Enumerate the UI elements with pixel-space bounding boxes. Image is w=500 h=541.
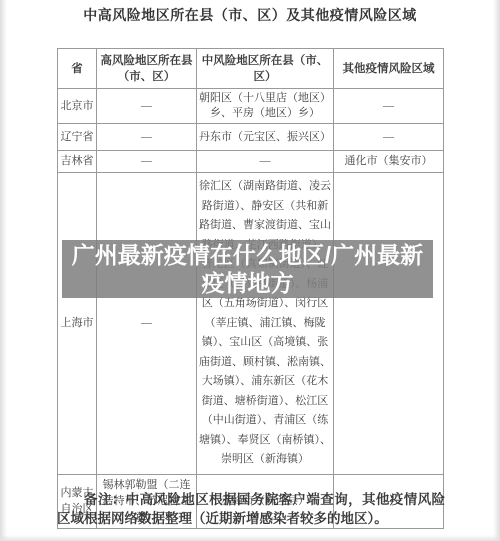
province-cell: 北京市 [58,89,97,124]
document-title: 中高风险地区所在县（市、区）及其他疫情风险区域 [0,5,500,25]
other-risk-cell [334,173,444,475]
province-cell: 吉林省 [58,151,97,173]
other-risk-cell: — [334,124,444,151]
table-row-jilin: 吉林省 — — 通化市（集安市） [58,151,444,173]
page-edge-shadow-right [493,0,500,541]
page-edge-shadow-bottom [0,535,500,541]
high-risk-cell: — [97,89,197,124]
footnote: 备注：中高风险地区根据国务院客户端查询，其他疫情风险区域根据网络数据整理（近期新… [57,491,445,528]
medium-risk-cell: — [197,151,334,173]
table-row-liaoning: 辽宁省 — 丹东市（元宝区、振兴区） — [58,124,444,151]
caption-line-2: 疫情地方 [202,269,294,297]
medium-risk-cell: 丹东市（元宝区、振兴区） [197,124,334,151]
caption-line-1: 广州最新疫情在什么地区/广州最新 [72,241,423,269]
header-province: 省 [58,49,97,89]
medium-risk-cell: 朝阳区（十八里店（地区）乡、平房（地区）乡） [197,89,334,124]
high-risk-cell: — [97,151,197,173]
table-row-shanghai: 上海市 — 徐汇区（湖南路街道、凌云路街道）、静安区（共和新路街道、曹家渡街道、… [58,173,444,475]
table-row-beijing: 北京市 — 朝阳区（十八里店（地区）乡、平房（地区）乡） — [58,89,444,124]
other-risk-cell: 通化市（集安市） [334,151,444,173]
province-cell: 上海市 [58,173,97,475]
high-risk-cell: — [97,124,197,151]
province-cell: 辽宁省 [58,124,97,151]
table-header-row: 省 高风险地区所在县（市、区） 中风险地区所在县（市、区） 其他疫情风险区域 [58,49,444,89]
other-risk-cell: — [334,89,444,124]
header-other-risk: 其他疫情风险区域 [334,49,444,89]
medium-risk-cell: 徐汇区（湖南路街道、凌云路街道）、静安区（共和新路街道、曹家渡街道、宝山路街道、… [197,173,334,475]
header-high-risk: 高风险地区所在县（市、区） [97,49,197,89]
page-edge-shadow-left [0,0,7,541]
caption-overlay-banner: 广州最新疫情在什么地区/广州最新 疫情地方 [62,240,433,298]
header-medium-risk: 中风险地区所在县（市、区） [197,49,334,89]
high-risk-cell: — [97,173,197,475]
